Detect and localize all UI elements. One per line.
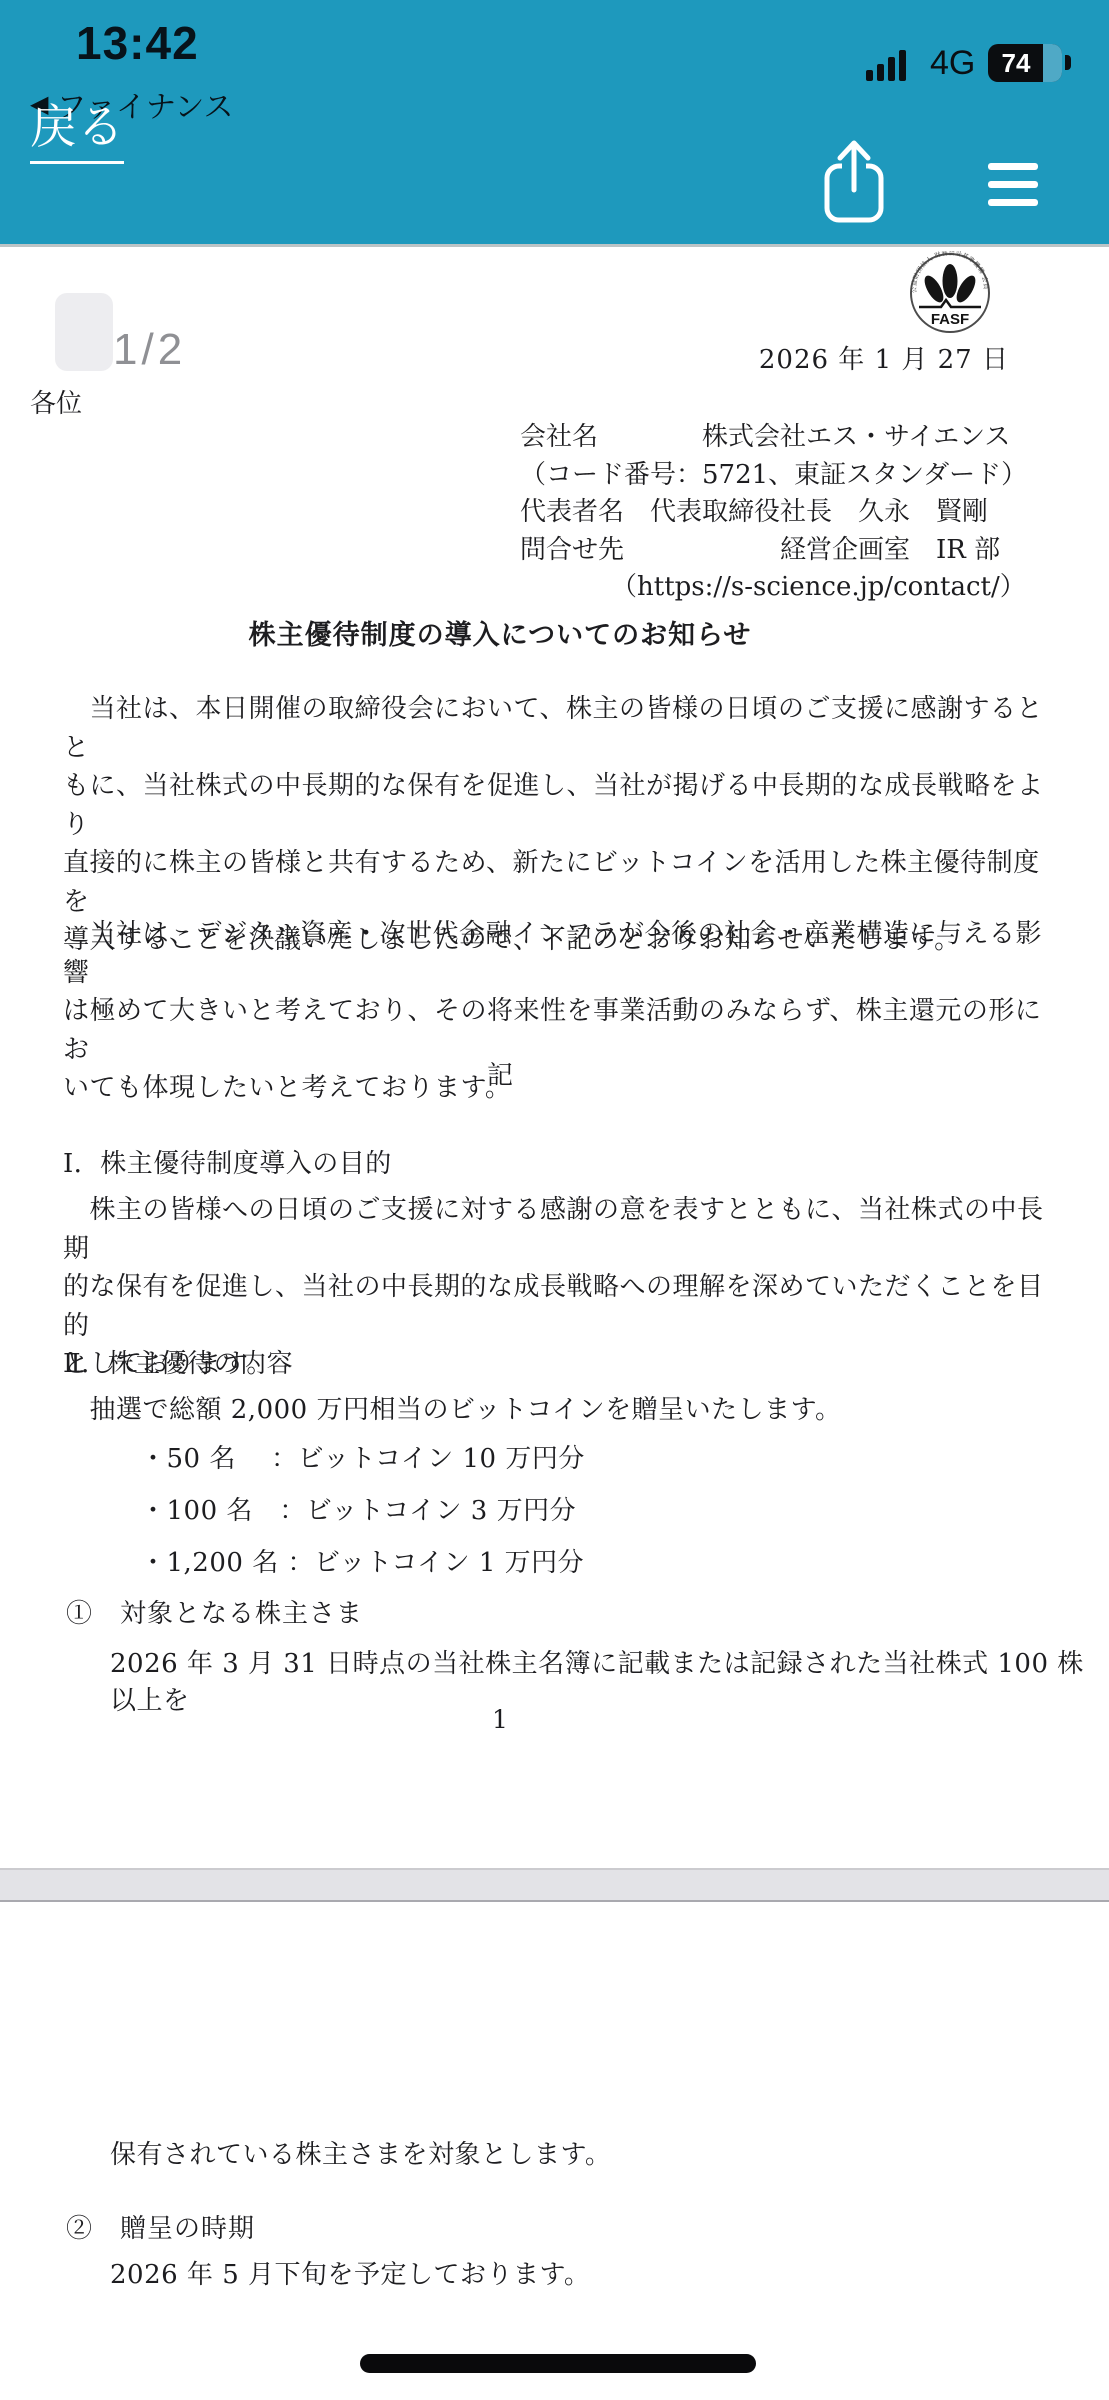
battery-icon: 74 <box>988 44 1062 82</box>
battery-percent-label: 74 <box>988 44 1044 82</box>
doc-ki-marker: 記 <box>0 1055 1000 1092</box>
fasf-label: FASF <box>931 311 969 328</box>
page-indicator: 1/2 <box>113 325 186 375</box>
pdf-page-1: 1/2 公益財団法人 財務会計基準機構 会員 FASF 2026 年 1 月 2… <box>0 247 1109 1868</box>
status-time: 13:42 <box>76 16 199 70</box>
menu-icon[interactable] <box>988 163 1038 207</box>
section-2-intro: 抽選で総額 2,000 万円相当のビットコインを贈呈いたします。 <box>63 1391 1063 1430</box>
page-separator <box>0 1868 1109 1902</box>
section-1-heading: Ⅰ．株主優待制度導入の目的 <box>63 1145 1063 1184</box>
prize-tier-list: ・50 名 ：ビットコイン 10 万円分 ・100 名 ：ビットコイン 3 万円… <box>140 1433 585 1589</box>
home-indicator[interactable] <box>360 2354 756 2373</box>
item-2-heading: ② 贈呈の時期 <box>66 2208 255 2245</box>
company-info-block: 会社名 株式会社エス・サイエンス （コード番号：5721、東証スタンダード） 代… <box>520 419 1027 607</box>
battery-empty-segment <box>1041 44 1062 82</box>
app-header: 13:42 ◀ ファイナンス 4G 74 戻る <box>0 0 1109 247</box>
page-number: 1 <box>0 1705 1000 1734</box>
doc-salutation: 各位 <box>30 383 82 420</box>
share-icon[interactable] <box>820 138 888 226</box>
signal-strength-icon <box>866 48 922 81</box>
back-button[interactable]: 戻る <box>30 90 124 164</box>
screen: 13:42 ◀ ファイナンス 4G 74 戻る 1/2 <box>0 0 1109 2400</box>
item-2-line: 2026 年 5 月下旬を予定しております。 <box>110 2254 590 2291</box>
page-indicator-bubble <box>55 293 113 371</box>
doc-title: 株主優待制度の導入についてのお知らせ <box>0 613 1000 652</box>
pdf-page-2: 保有されている株主さまを対象とします。 ② 贈呈の時期 2026 年 5 月下旬… <box>0 1902 1109 2400</box>
doc-date: 2026 年 1 月 27 日 <box>759 339 1009 376</box>
battery-cap <box>1065 55 1071 70</box>
item-1-continuation-line: 保有されている株主さまを対象とします。 <box>110 2134 611 2171</box>
fasf-logo: 公益財団法人 財務会計基準機構 会員 FASF <box>905 251 997 337</box>
item-1-heading: ① 対象となる株主さま <box>66 1593 363 1630</box>
section-2-heading: Ⅱ．株主優待の内容 <box>63 1345 1063 1384</box>
network-type-label: 4G <box>930 44 975 83</box>
